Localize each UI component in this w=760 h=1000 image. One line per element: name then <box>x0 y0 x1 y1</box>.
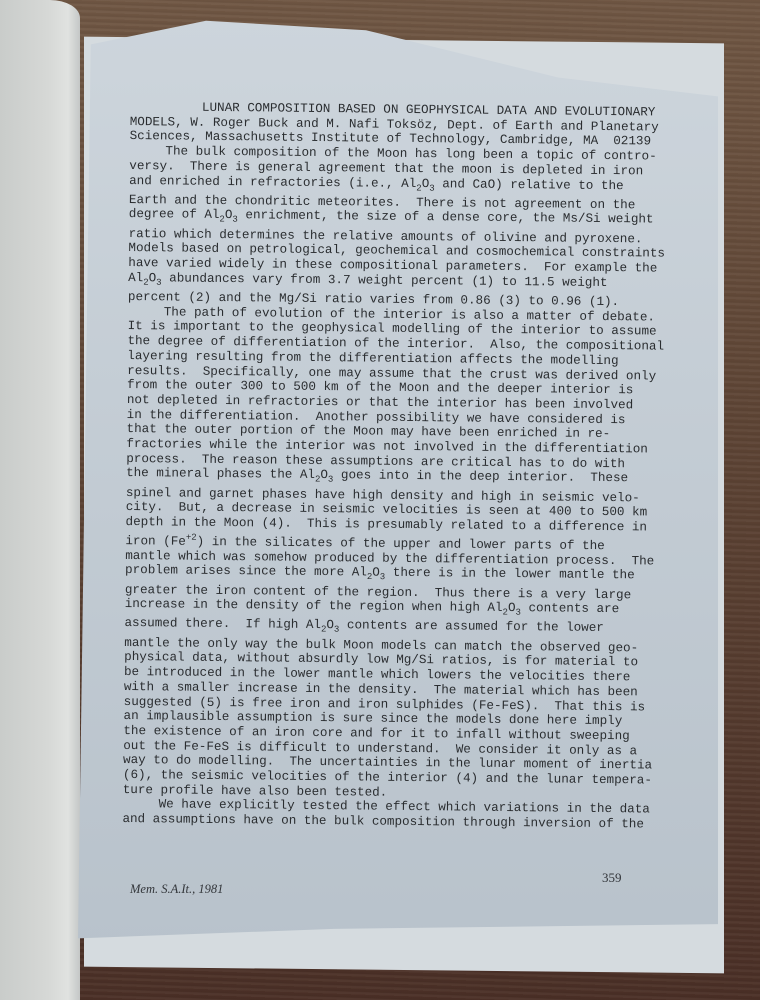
journal-citation: Mem. S.A.It., 1981 <box>130 882 223 897</box>
facing-page-edge <box>0 0 80 1000</box>
page-number: 359 <box>602 870 622 886</box>
abstract-text: LUNAR COMPOSITION BASED ON GEOPHYSICAL D… <box>122 100 630 832</box>
abstract-body: MODELS, W. Roger Buck and M. Nafi Toksöz… <box>122 115 629 832</box>
